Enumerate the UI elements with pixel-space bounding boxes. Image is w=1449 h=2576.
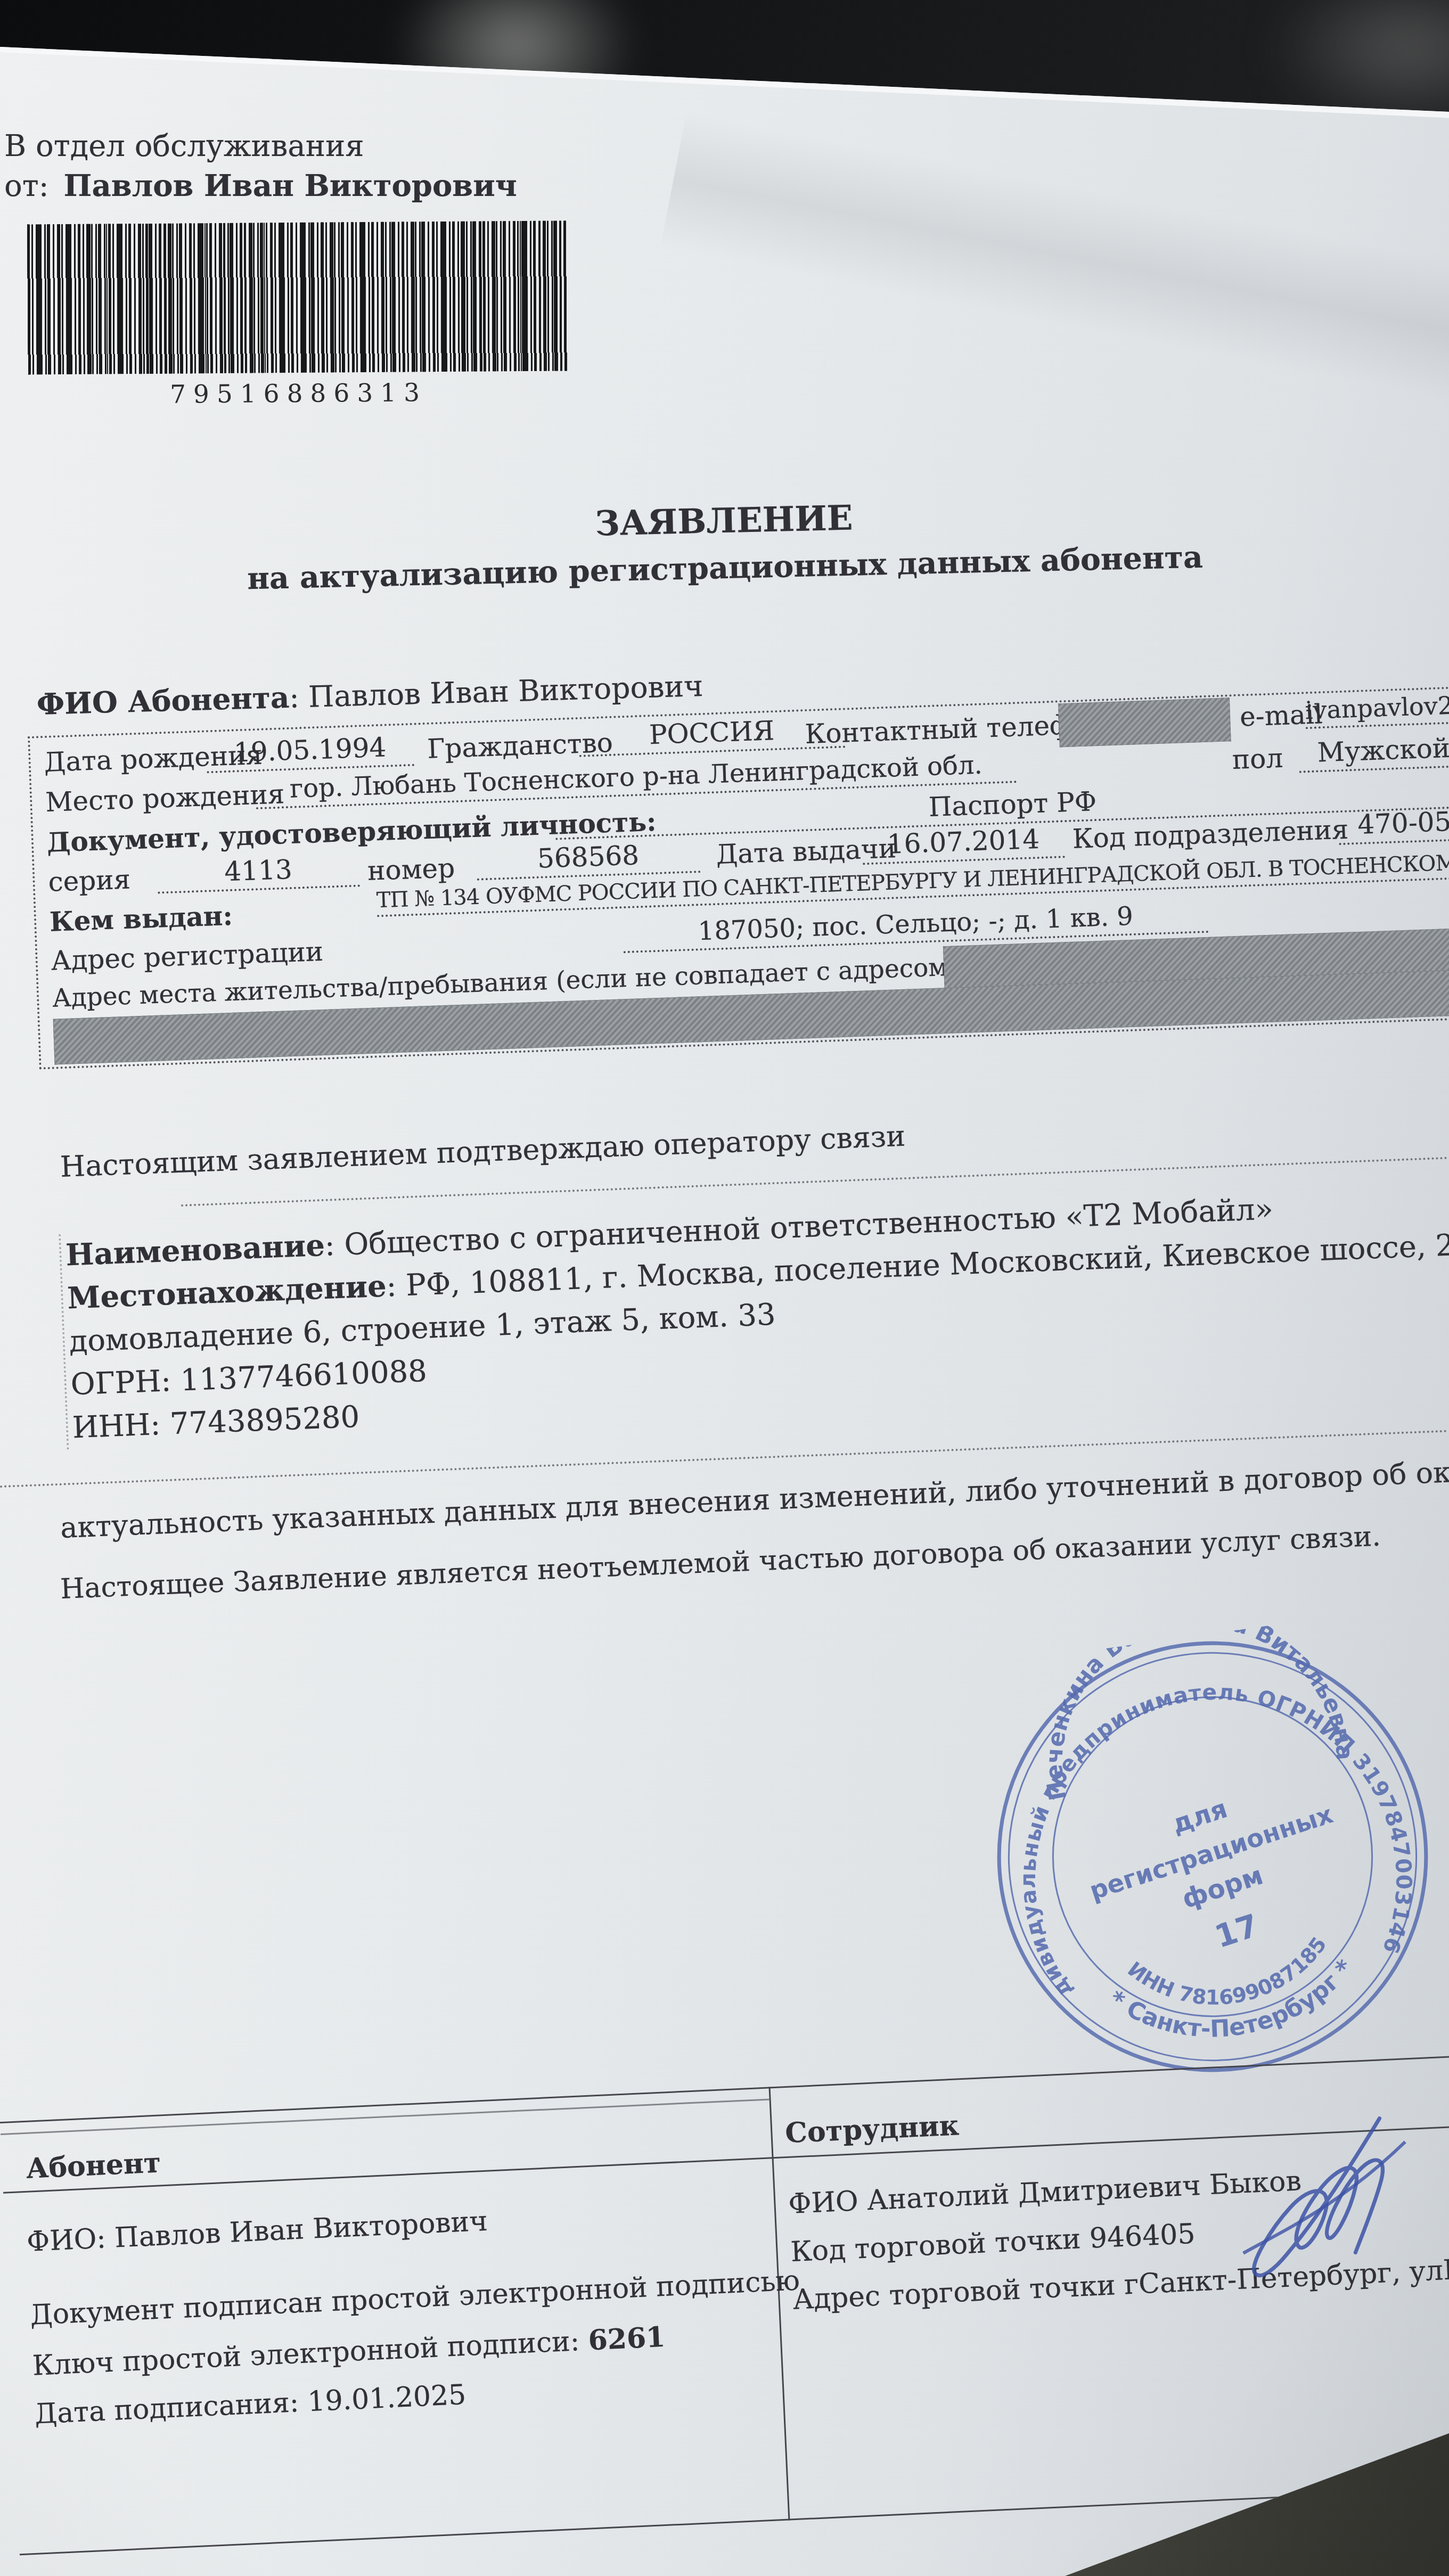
personal-data-box: Дата рождения 19.05.1994 Гражданство РОС… [28, 686, 1449, 1070]
dept-line: В отдел обслуживания [4, 127, 517, 166]
phone-redaction [1058, 698, 1231, 747]
passport-number-value: 568568 [476, 838, 701, 881]
birth-date-value: 19.05.1994 [206, 731, 414, 774]
series-value: 4113 [157, 851, 360, 893]
subscriber-label: ФИО Абонента [36, 680, 290, 721]
reg-address-label: Адрес регистрации [51, 936, 324, 977]
confirmation-intro: Настоящим заявлением подтверждаю операто… [60, 1119, 906, 1184]
passport-number-label: номер [367, 852, 455, 887]
issued-by-label: Кем выдан: [49, 900, 233, 938]
key-line: Ключ простой электронной подписи: 6261 [31, 2321, 666, 2382]
table-left-header: Абонент [26, 2146, 162, 2185]
operator-name-label: Наименование [65, 1228, 325, 1273]
issue-date-value: 16.07.2014 [862, 823, 1065, 865]
series-label: серия [48, 864, 131, 897]
barcode-block: 79516886313 [27, 220, 569, 410]
signed-line: Документ подписан простой электронной по… [29, 2265, 800, 2332]
from-label: от: [4, 169, 49, 203]
key-value: 6261 [587, 2321, 666, 2357]
operator-block: Наименование: Общество с ограниченной от… [59, 1179, 1449, 1449]
stamp-center-line1: для [1168, 1794, 1231, 1840]
photo-of-document: В отдел обслуживания от:Павлов Иван Викт… [0, 0, 1449, 2576]
paper-crease [660, 112, 1449, 411]
signing-date-line: Дата подписания: 19.01.2025 [34, 2379, 467, 2431]
subscriber-value: : Павлов Иван Викторович [289, 669, 703, 715]
document-header: В отдел обслуживания от:Павлов Иван Викт… [4, 127, 517, 206]
barcode-number: 79516886313 [28, 377, 569, 410]
table-column-divider [769, 2087, 790, 2520]
birth-place-label: Место рождения [45, 778, 285, 818]
round-stamp: Индивидуальный предприниматель ОГРНИП 31… [963, 1607, 1449, 2106]
subscriber-line: ФИО Абонента: Павлов Иван Викторович [36, 668, 703, 721]
document-sheet: В отдел обслуживания от:Павлов Иван Викт… [0, 0, 1449, 2576]
gender-value: Мужской [1298, 732, 1449, 773]
barcode-image [27, 220, 569, 374]
division-code-value: 470-050 [1338, 805, 1449, 845]
gender-label: пол [1232, 743, 1283, 775]
operator-location-label: Местонахождение [67, 1268, 387, 1316]
stamp-center-line4: 17 [1210, 1907, 1263, 1955]
document-title: ЗАЯВЛЕНИЕ на актуализацию регистрационны… [0, 481, 1449, 608]
key-label: Ключ простой электронной подписи: [32, 2325, 580, 2382]
table-top-border [0, 2055, 1449, 2123]
email-value: ivanpavlov28677@gm [1305, 691, 1449, 729]
from-name: Павлов Иван Викторович [64, 168, 517, 203]
signature-table: Абонент Сотрудник ФИО: Павлов Иван Викто… [0, 2056, 1449, 2564]
outlet-code-line: Код торговой точки 946405 [790, 2218, 1196, 2268]
table-right-header: Сотрудник [784, 2109, 960, 2150]
subscriber-fio-line: ФИО: Павлов Иван Викторович [26, 2205, 488, 2258]
from-line: от:Павлов Иван Викторович [4, 166, 517, 206]
employee-signature [1215, 2108, 1426, 2293]
